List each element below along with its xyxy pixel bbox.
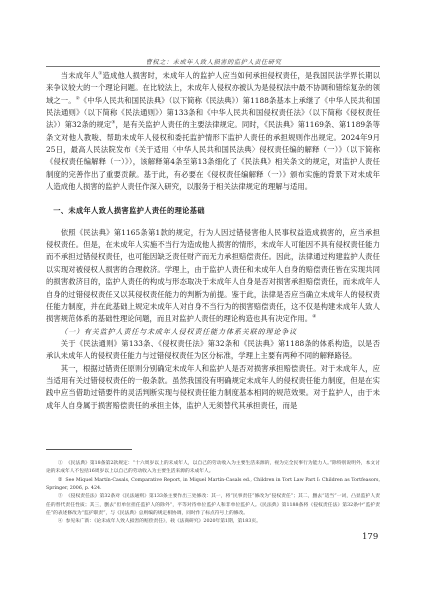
footnote-text: 《侵权责任法》第32条对《民法通则》第133条主要作出三处修改：其一，将“民事责… (46, 494, 380, 516)
header-divider (46, 66, 380, 67)
section-heading: 一、未成年人致人损害监护人责任的理论基础 (46, 205, 380, 217)
footnote-text: See Miquel Martín-Casals, Comparative Re… (46, 478, 380, 491)
section-paragraph: 依照《民法典》第1165条第1款的规定，行为人因过错侵害他人民事权益造成损害的，… (46, 227, 380, 326)
main-body: 当未成年人①造成他人损害时，未成年人的监护人应当如何承担侵权责任，是我国民法学界… (46, 70, 380, 412)
page-number: 179 (362, 532, 378, 542)
subsection-heading: （一）有关监护人责任与未成年人侵权责任能力体系关联的理论争议 (46, 326, 380, 338)
footnote-4: ④ 参见朱广新：《论未成年人致人损害的赔偿责任》，载《法商研究》2020年第1期… (46, 518, 380, 526)
footnote-mark: ③ (58, 494, 63, 499)
footnote-mark: ② (58, 478, 62, 483)
footnote-mark: ① (58, 461, 63, 466)
footnote-ref-4[interactable]: ④ (312, 315, 316, 320)
text-span: 当未成年人 (61, 71, 99, 80)
footnote-text: 《民法典》第18条第2款规定：“十六周岁以上的未成年人，以自己的劳动收入为主要生… (46, 461, 380, 474)
footnote-2: ② See Miquel Martín-Casals, Comparative … (46, 477, 380, 494)
section-paragraph: 其一，根据过错责任原则分别确定未成年人和监护人是否对损害承担赔偿责任。对于未成年… (46, 363, 380, 412)
footnote-mark: ④ (58, 519, 63, 524)
text-span: 依照《民法典》第1165条第1款的规定，行为人因过错侵害他人民事权益造成损害的，… (46, 228, 380, 323)
footnote-divider (46, 449, 132, 450)
section-paragraph: 关于《民法通则》第133条、《侵权责任法》第32条和《民法典》第1188条的体系… (46, 338, 380, 363)
footnote-1: ① 《民法典》第18条第2款规定：“十六周岁以上的未成年人，以自己的劳动收入为主… (46, 460, 380, 477)
footnotes: ① 《民法典》第18条第2款规定：“十六周岁以上的未成年人，以自己的劳动收入为主… (46, 460, 380, 527)
text-span: ，是有关监护人责任的主要法律规定。同时，《民法典》第1169条、第1189条等条… (46, 120, 380, 191)
footnote-text: 参见朱广新：《论未成年人致人损害的赔偿责任》，载《法商研究》2020年第1期，第… (66, 519, 261, 524)
running-header: 曹权之：未成年人致人损害的监护人责任研究 (0, 57, 427, 66)
intro-paragraph: 当未成年人①造成他人损害时，未成年人的监护人应当如何承担侵权责任，是我国民法学界… (46, 70, 380, 193)
footnote-3: ③ 《侵权责任法》第32条对《民法通则》第133条主要作出三处修改：其一，将“民… (46, 493, 380, 518)
